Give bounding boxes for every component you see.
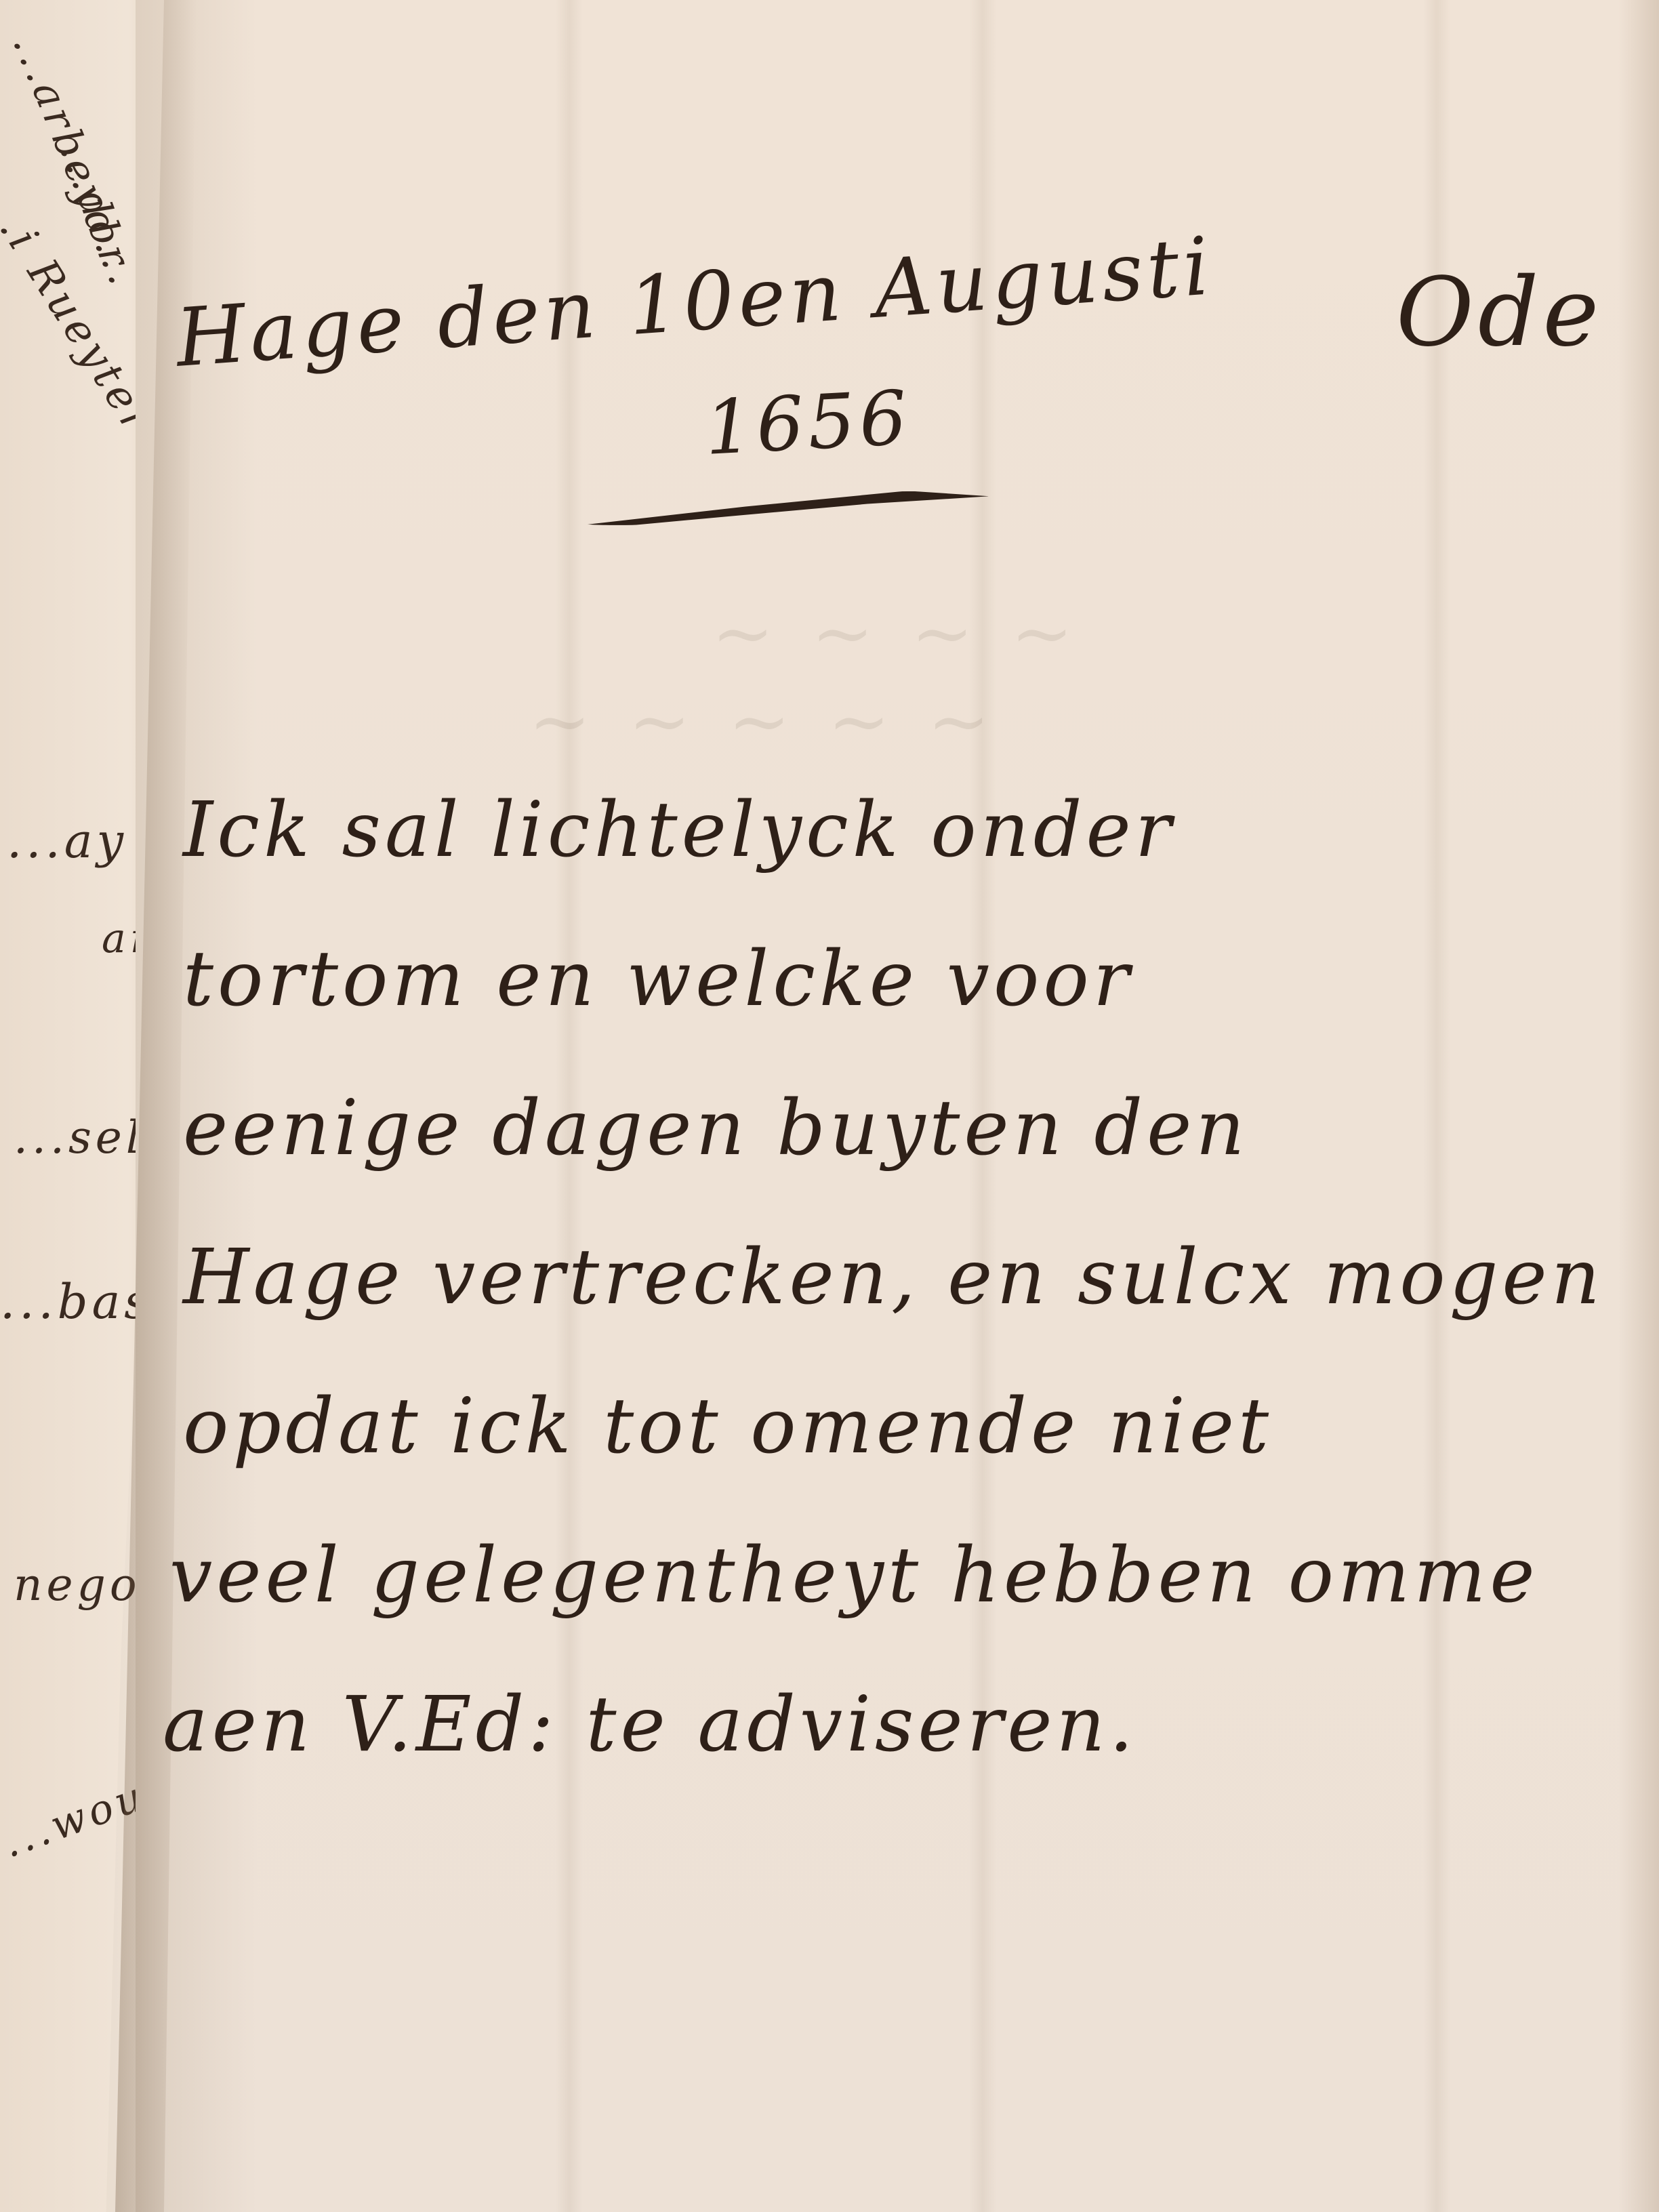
margin-fragment: ...ay	[7, 813, 127, 869]
manuscript-photo: ...arbeyd... ...dor ...i Rueyter ...ay a…	[0, 0, 1659, 2212]
page-edge-shadow	[1618, 0, 1659, 2212]
heading-year: 1656	[703, 374, 913, 472]
body-line-5: opdat ick tot omende niet	[183, 1382, 1273, 1471]
bleed-through: ~ ~ ~ ~	[712, 590, 1080, 676]
folio-mark: Ode	[1396, 258, 1603, 368]
body-line-6: veel gelegentheyt hebben omme	[169, 1532, 1539, 1620]
body-line-4: Hage vertrecken, en sulcx mogen	[183, 1233, 1604, 1322]
body-line-2: tortom en welcke voor	[183, 935, 1133, 1023]
body-line-1: Ick sal lichtelyck onder	[183, 786, 1175, 874]
body-line-7: aen V.Ed: te adviseren.	[163, 1681, 1137, 1769]
bleed-through: ~ ~ ~ ~ ~	[529, 678, 997, 764]
body-line-3: eenige dagen buyten den	[183, 1084, 1249, 1172]
